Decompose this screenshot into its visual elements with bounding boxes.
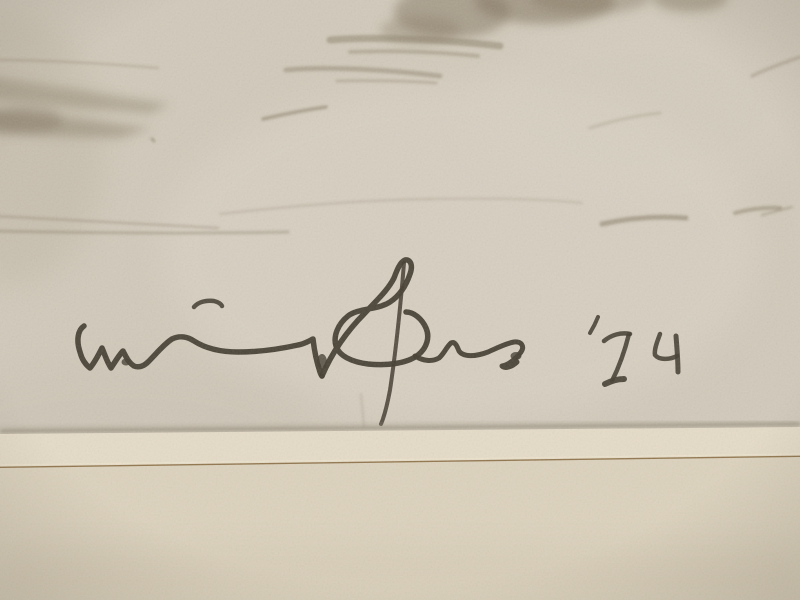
artwork-photo: Wim Bos '74	[0, 0, 800, 600]
photo-vignette	[0, 0, 800, 600]
artwork-scene	[0, 0, 800, 600]
